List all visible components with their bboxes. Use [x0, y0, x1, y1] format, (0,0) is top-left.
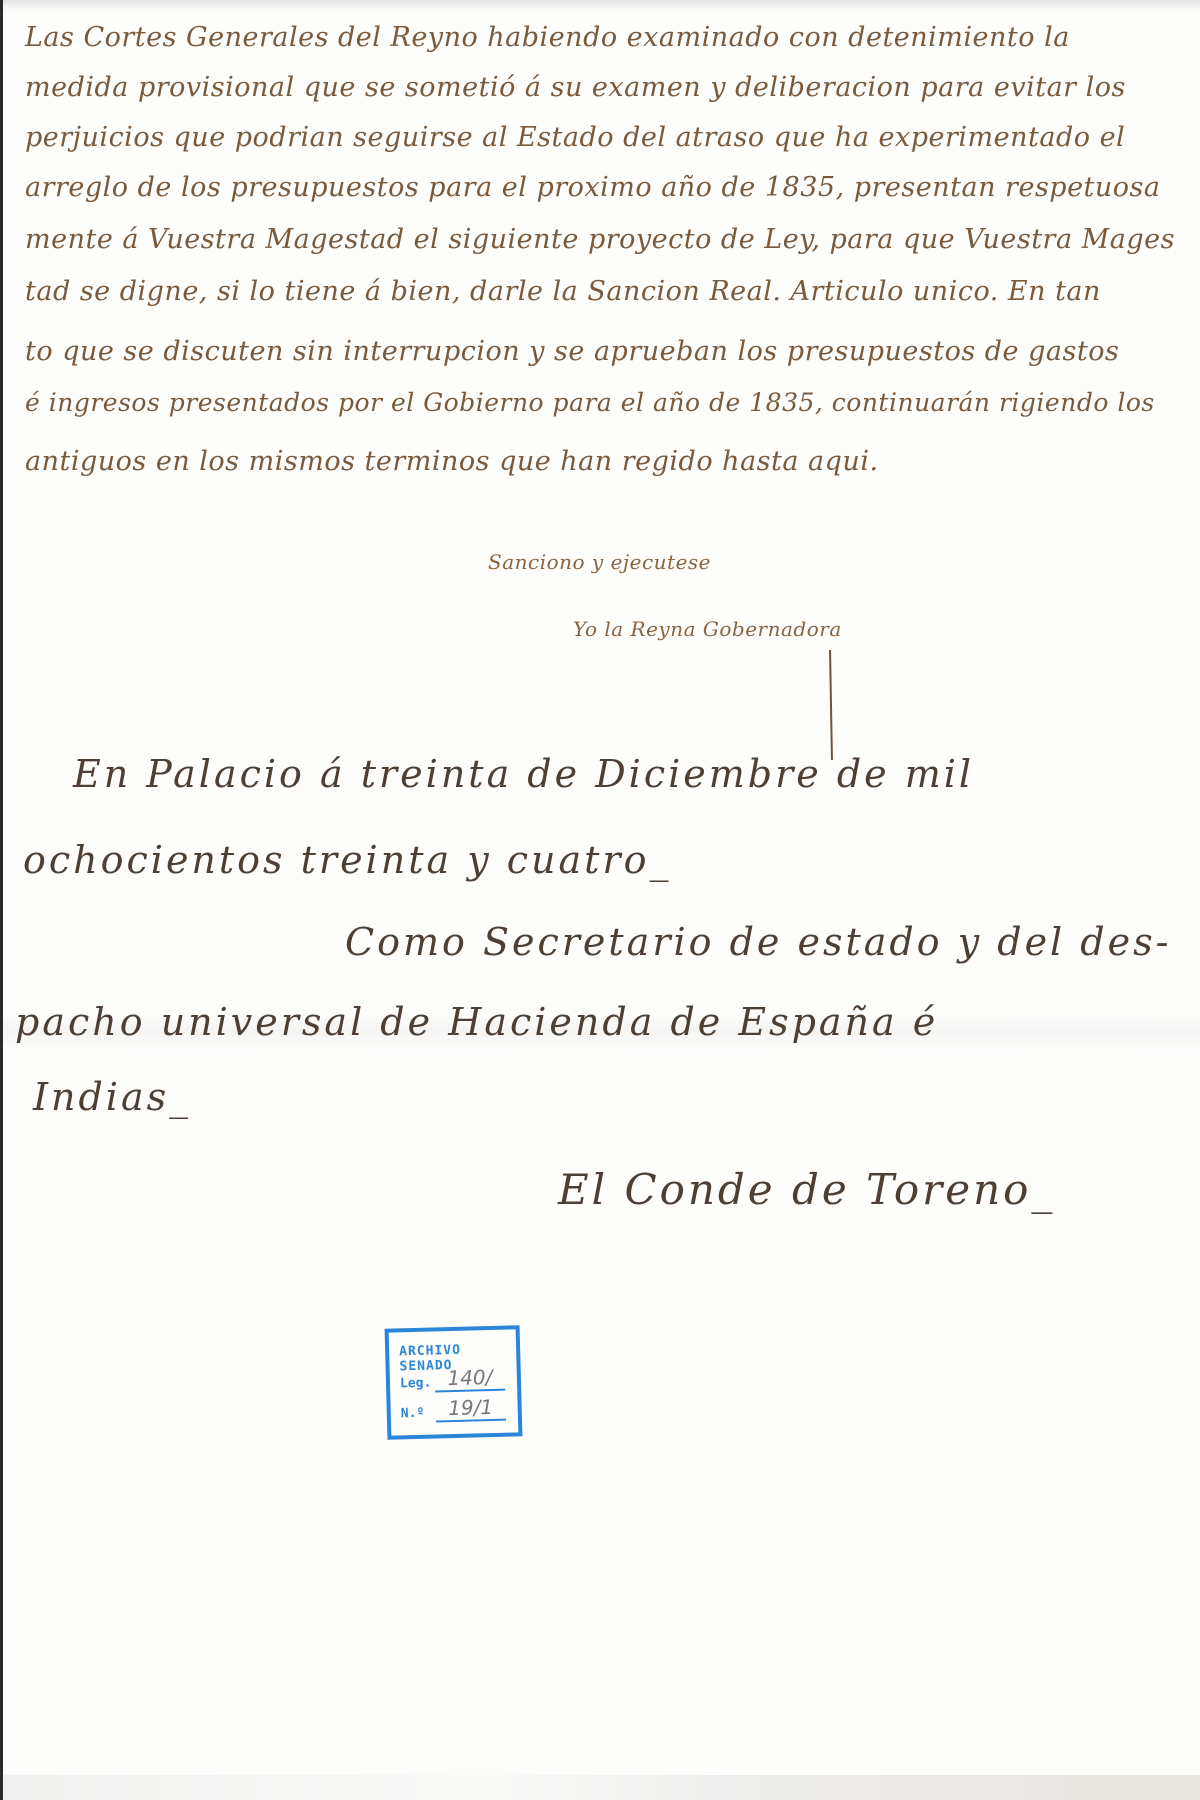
- manuscript-page: Las Cortes Generales del Reyno habiendo …: [0, 0, 1200, 1800]
- archive-stamp: ARCHIVO SENADO Leg. 140/ N.º 19/1: [385, 1325, 523, 1439]
- stamp-leg-row: Leg. 140/: [400, 1376, 432, 1392]
- body-line-4: arreglo de los presupuestos para el prox…: [25, 172, 1161, 203]
- rubric-flourish: [829, 650, 833, 760]
- stamp-number-value: 19/1: [435, 1395, 506, 1423]
- royal-sanction-line-2: Yo la Reyna Gobernadora: [573, 617, 842, 641]
- closing-line-3: Como Secretario de estado y del des-: [345, 920, 1171, 964]
- body-line-3: perjuicios que podrian seguirse al Estad…: [25, 122, 1125, 153]
- stamp-leg-label: Leg.: [400, 1376, 432, 1392]
- body-line-1: Las Cortes Generales del Reyno habiendo …: [25, 22, 1070, 53]
- closing-line-2: ochocientos treinta y cuatro_: [23, 838, 671, 882]
- stamp-number-label: N.º: [401, 1406, 425, 1422]
- royal-sanction-line-1: Sanciono y ejecutese: [488, 550, 711, 574]
- closing-line-4: pacho universal de Hacienda de España é: [15, 1000, 938, 1044]
- page-fold-shadow: [3, 1775, 1200, 1800]
- closing-line-1: En Palacio á treinta de Diciembre de mil: [73, 752, 974, 796]
- body-line-6: tad se digne, si lo tiene á bien, darle …: [25, 276, 1101, 307]
- signature: El Conde de Toreno_: [558, 1165, 1055, 1214]
- body-line-5: mente á Vuestra Magestad el siguiente pr…: [25, 224, 1175, 255]
- body-line-7: to que se discuten sin interrupcion y se…: [25, 336, 1119, 367]
- body-line-8: é ingresos presentados por el Gobierno p…: [25, 388, 1155, 417]
- body-line-9: antiguos en los mismos terminos que han …: [25, 446, 879, 477]
- body-line-2: medida provisional que se sometió á su e…: [25, 72, 1126, 103]
- stamp-leg-value: 140/: [435, 1365, 506, 1393]
- stamp-number-row: N.º 19/1: [401, 1406, 425, 1422]
- closing-line-5: Indias_: [33, 1075, 191, 1119]
